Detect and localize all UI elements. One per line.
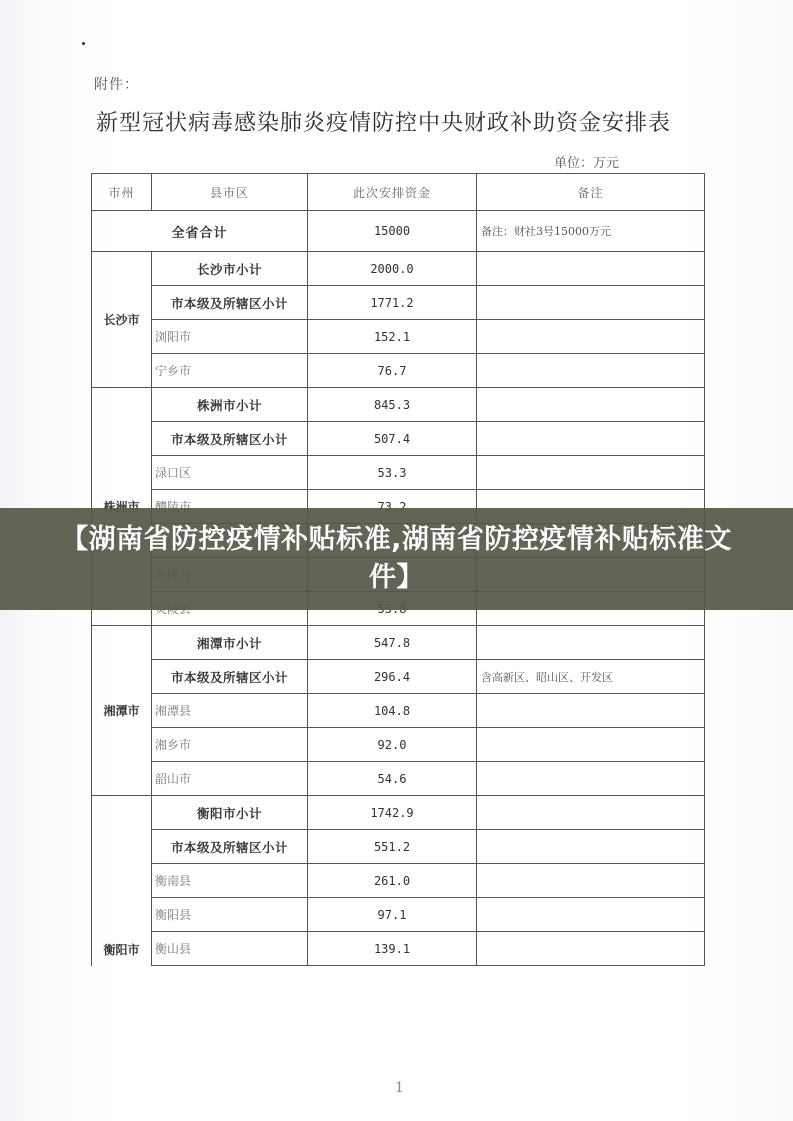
province-total-label: 全省合计	[92, 211, 308, 252]
overlay-title-banner: 【湖南省防控疫情补贴标准,湖南省防控疫情补贴标准文件】	[0, 508, 793, 610]
row-note	[477, 830, 705, 864]
row-label: 长沙市小计	[152, 252, 308, 286]
table-row: 株洲市 株洲市小计 845.3	[92, 388, 705, 422]
table-row: 长沙市 长沙市小计 2000.0	[92, 252, 705, 286]
row-label: 衡南县	[152, 864, 308, 898]
row-label: 衡阳县	[152, 898, 308, 932]
row-note	[477, 626, 705, 660]
row-note	[477, 728, 705, 762]
row-note	[477, 354, 705, 388]
city-cell-hengyang: 衡阳市	[92, 796, 152, 966]
row-label: 衡山县	[152, 932, 308, 966]
city-cell-changsha: 长沙市	[92, 252, 152, 388]
row-note	[477, 898, 705, 932]
row-amount: 53.3	[308, 456, 477, 490]
province-total-note: 备注：财社3号15000万元	[477, 211, 705, 252]
row-amount: 845.3	[308, 388, 477, 422]
row-label: 市本级及所辖区小计	[152, 422, 308, 456]
table-row: 市本级及所辖区小计 296.4 含高新区、昭山区、开发区	[92, 660, 705, 694]
city-cell-xiangtan: 湘潭市	[92, 626, 152, 796]
row-label: 市本级及所辖区小计	[152, 830, 308, 864]
row-note	[477, 388, 705, 422]
row-label: 渌口区	[152, 456, 308, 490]
column-header-city: 市州	[92, 174, 152, 211]
table-row: 韶山市 54.6	[92, 762, 705, 796]
row-label: 市本级及所辖区小计	[152, 286, 308, 320]
attachment-label: 附件：	[94, 74, 139, 94]
table-row: 湘潭市 湘潭市小计 547.8	[92, 626, 705, 660]
table-row: 衡阳县 97.1	[92, 898, 705, 932]
row-label: 浏阳市	[152, 320, 308, 354]
table-row: 湘潭县 104.8	[92, 694, 705, 728]
row-note	[477, 762, 705, 796]
table-row: 衡山县 139.1	[92, 932, 705, 966]
row-note	[477, 422, 705, 456]
table-row: 宁乡市 76.7	[92, 354, 705, 388]
row-note	[477, 320, 705, 354]
row-note	[477, 694, 705, 728]
province-total-row: 全省合计 15000 备注：财社3号15000万元	[92, 211, 705, 252]
row-amount: 92.0	[308, 728, 477, 762]
row-note: 含高新区、昭山区、开发区	[477, 660, 705, 694]
row-amount: 104.8	[308, 694, 477, 728]
row-amount: 54.6	[308, 762, 477, 796]
row-label: 湘潭市小计	[152, 626, 308, 660]
row-note	[477, 456, 705, 490]
unit-label: 单位：万元	[554, 152, 619, 171]
province-total-amount: 15000	[308, 211, 477, 252]
table-row: 市本级及所辖区小计 551.2	[92, 830, 705, 864]
table-header-row: 市州 县市区 此次安排资金 备注	[92, 174, 705, 211]
table-row: 浏阳市 152.1	[92, 320, 705, 354]
table-row: 市本级及所辖区小计 507.4	[92, 422, 705, 456]
row-amount: 2000.0	[308, 252, 477, 286]
row-label: 株洲市小计	[152, 388, 308, 422]
column-header-note: 备注	[477, 174, 705, 211]
row-label: 衡阳市小计	[152, 796, 308, 830]
row-label: 宁乡市	[152, 354, 308, 388]
row-label: 市本级及所辖区小计	[152, 660, 308, 694]
column-header-county: 县市区	[152, 174, 308, 211]
table-row: 衡阳市 衡阳市小计 1742.9	[92, 796, 705, 830]
row-amount: 152.1	[308, 320, 477, 354]
scan-dot-mark	[82, 42, 85, 45]
row-amount: 1742.9	[308, 796, 477, 830]
row-note	[477, 286, 705, 320]
row-amount: 97.1	[308, 898, 477, 932]
column-header-amount: 此次安排资金	[308, 174, 477, 211]
row-amount: 261.0	[308, 864, 477, 898]
row-label: 湘乡市	[152, 728, 308, 762]
row-amount: 551.2	[308, 830, 477, 864]
row-label: 韶山市	[152, 762, 308, 796]
table-row: 市本级及所辖区小计 1771.2	[92, 286, 705, 320]
row-amount: 547.8	[308, 626, 477, 660]
row-note	[477, 932, 705, 966]
row-amount: 139.1	[308, 932, 477, 966]
table-row: 渌口区 53.3	[92, 456, 705, 490]
row-amount: 507.4	[308, 422, 477, 456]
document-title: 新型冠状病毒感染肺炎疫情防控中央财政补助资金安排表	[96, 106, 716, 137]
overlay-banner-text: 【湖南省防控疫情补贴标准,湖南省防控疫情补贴标准文件】	[47, 521, 747, 597]
page-number: 1	[395, 1080, 404, 1096]
row-amount: 1771.2	[308, 286, 477, 320]
table-row: 湘乡市 92.0	[92, 728, 705, 762]
row-note	[477, 252, 705, 286]
table-row: 衡南县 261.0	[92, 864, 705, 898]
row-note	[477, 864, 705, 898]
row-label: 湘潭县	[152, 694, 308, 728]
row-amount: 296.4	[308, 660, 477, 694]
row-amount: 76.7	[308, 354, 477, 388]
row-note	[477, 796, 705, 830]
